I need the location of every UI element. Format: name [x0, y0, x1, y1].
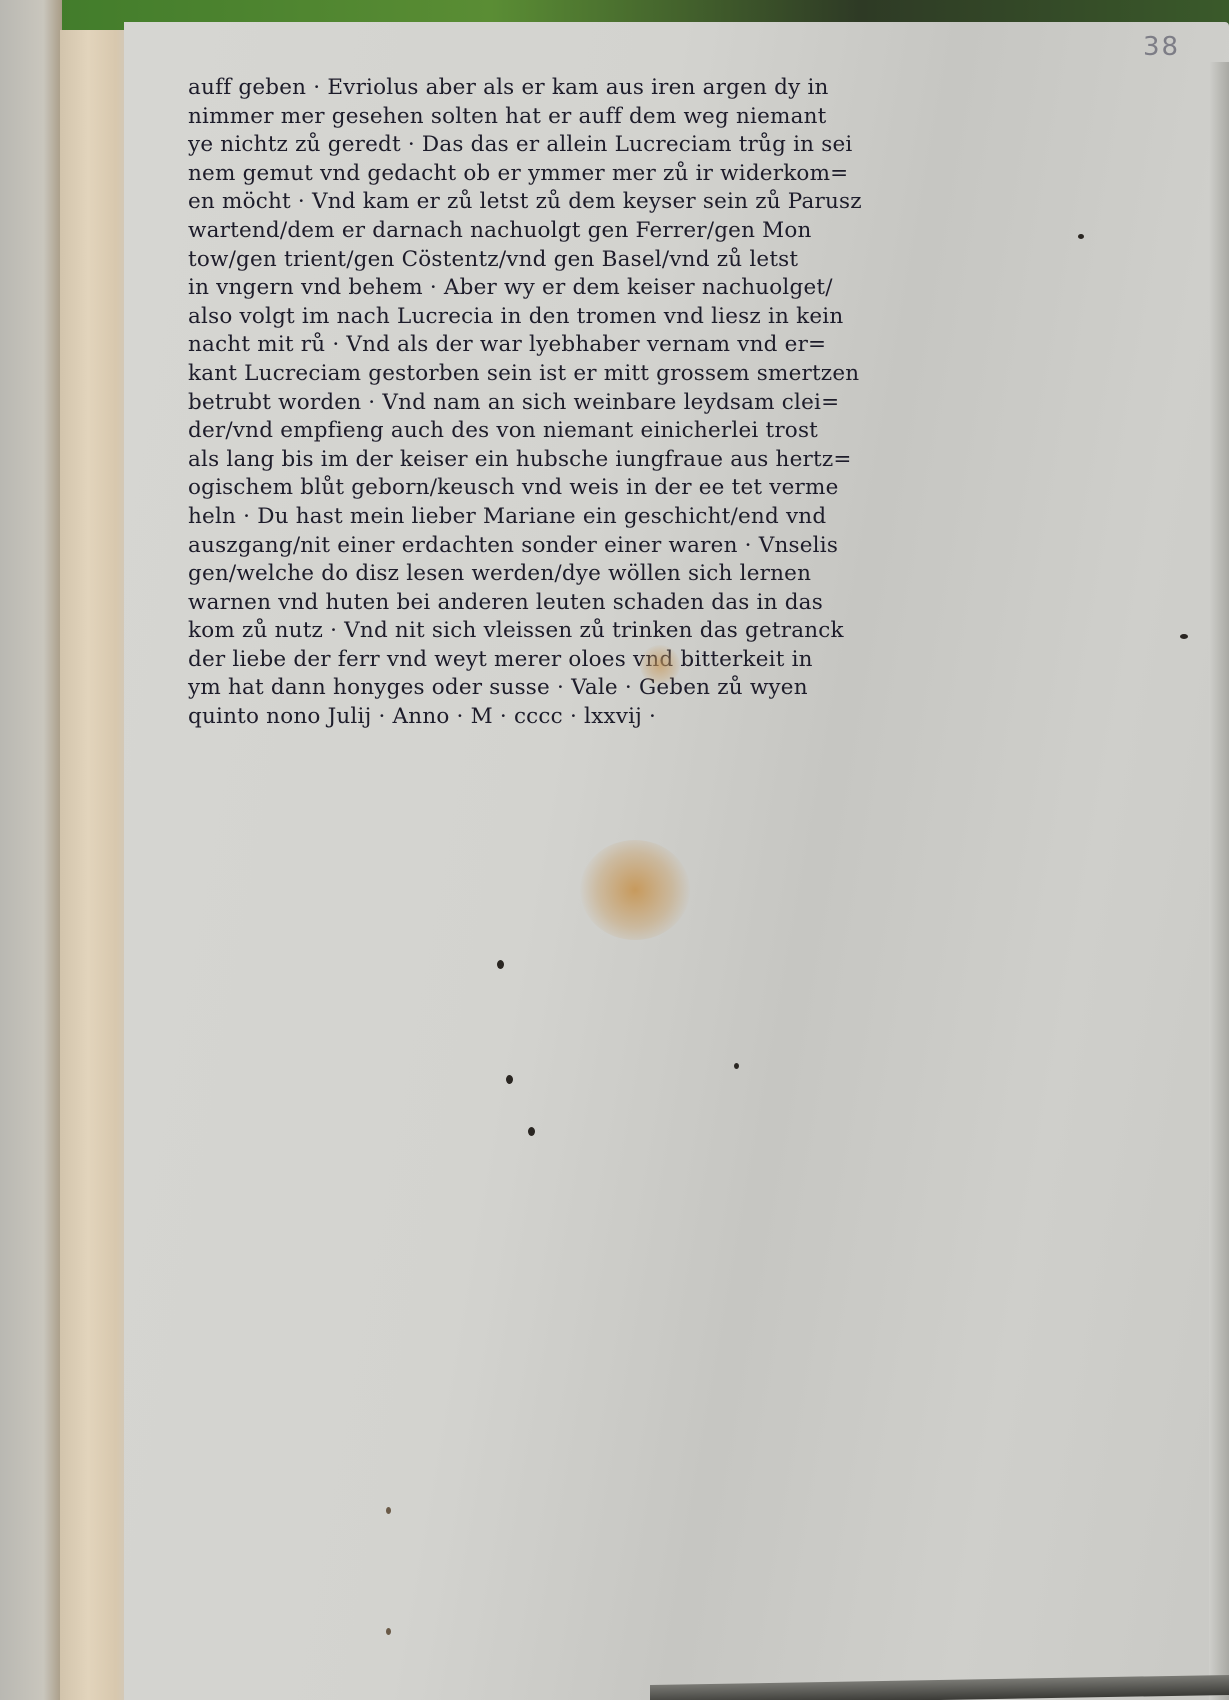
- text-line: auff geben · Evriolus aber als er kam au…: [188, 74, 988, 103]
- text-line: kant Lucreciam gestorben sein ist er mit…: [188, 360, 988, 389]
- wormhole-mark: [506, 1075, 513, 1084]
- page-number: 38: [1143, 32, 1180, 62]
- wormhole-mark: [734, 1063, 739, 1069]
- text-line: der liebe der ferr vnd weyt merer oloes …: [188, 646, 988, 675]
- printed-text-block: auff geben · Evriolus aber als er kam au…: [188, 74, 988, 732]
- text-line: heln · Du hast mein lieber Mariane ein g…: [188, 503, 988, 532]
- wormhole-mark: [528, 1127, 535, 1136]
- text-line: ye nichtz zů geredt · Das das er allein …: [188, 131, 988, 160]
- text-line: nem gemut vnd gedacht ob er ymmer mer zů…: [188, 160, 988, 189]
- foxing-stain: [640, 645, 680, 685]
- text-line: in vngern vnd behem · Aber wy er dem kei…: [188, 274, 988, 303]
- wormhole-mark: [497, 960, 504, 969]
- text-line: ogischem blůt geborn/keusch vnd weis in …: [188, 474, 988, 503]
- text-line: warnen vnd huten bei anderen leuten scha…: [188, 589, 988, 618]
- text-line: auszgang/nit einer erdachten sonder eine…: [188, 532, 988, 561]
- text-line: nimmer mer gesehen solten hat er auff de…: [188, 103, 988, 132]
- ink-mark: [1180, 634, 1188, 639]
- book-binding-gutter: [60, 30, 130, 1700]
- foxing-stain: [580, 840, 690, 940]
- ink-mark: [1078, 234, 1084, 239]
- text-line: wartend/dem er darnach nachuolgt gen Fer…: [188, 217, 988, 246]
- text-line: en möcht · Vnd kam er zů letst zů dem ke…: [188, 188, 988, 217]
- text-line: als lang bis im der keiser ein hubsche i…: [188, 446, 988, 475]
- text-line: ym hat dann honyges oder susse · Vale · …: [188, 674, 988, 703]
- page-fore-edge: [1209, 62, 1229, 1700]
- text-line: nacht mit rů · Vnd als der war lyebhaber…: [188, 331, 988, 360]
- text-line: kom zů nutz · Vnd nit sich vleissen zů t…: [188, 617, 988, 646]
- text-line: betrubt worden · Vnd nam an sich weinbar…: [188, 389, 988, 418]
- text-line: gen/welche do disz lesen werden/dye wöll…: [188, 560, 988, 589]
- text-line: tow/gen trient/gen Cöstentz/vnd gen Base…: [188, 246, 988, 275]
- wormhole-mark: [386, 1628, 391, 1635]
- text-line: also volgt im nach Lucrecia in den trome…: [188, 303, 988, 332]
- wormhole-mark: [386, 1507, 391, 1514]
- text-line: der/vnd empfieng auch des von niemant ei…: [188, 417, 988, 446]
- facing-page-edge: [0, 0, 62, 1700]
- text-line: quinto nono Julij · Anno · M · cccc · lx…: [188, 703, 988, 732]
